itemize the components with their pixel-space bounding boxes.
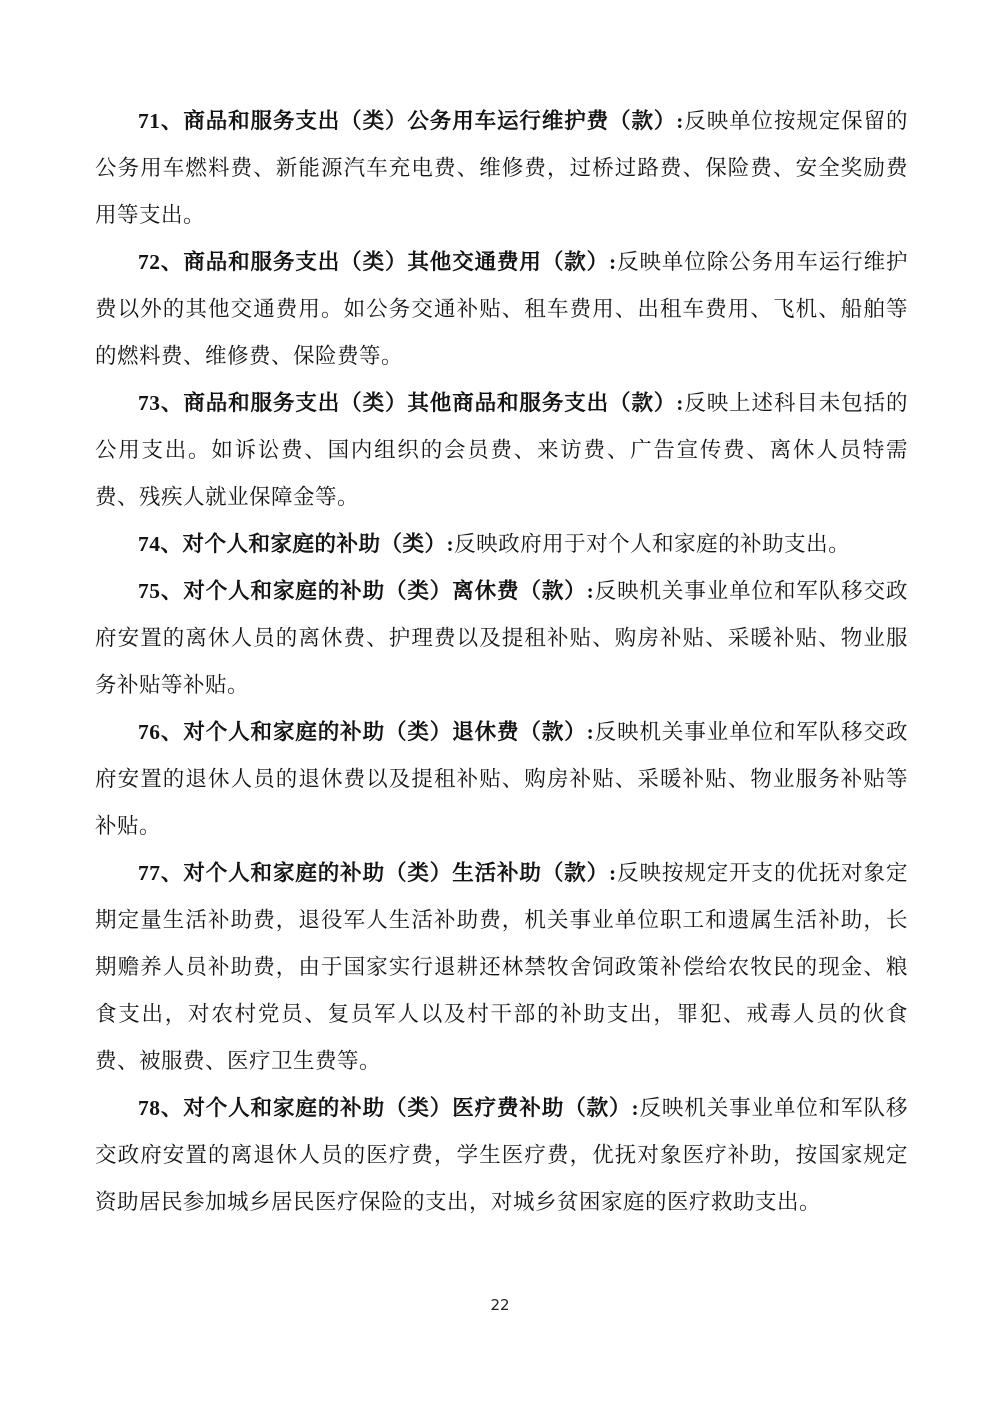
paragraph-heading: 77、对个人和家庭的补助（类）生活补助（款）: [138, 861, 617, 885]
paragraph-item-75: 75、对个人和家庭的补助（类）离休费（款）:反映机关事业单位和军队移交政府安置的… [95, 568, 908, 709]
page-number: 22 [0, 1296, 1000, 1314]
paragraph-item-76: 76、对个人和家庭的补助（类）退休费（款）:反映机关事业单位和军队移交政府安置的… [95, 709, 908, 850]
paragraph-heading: 74、对个人和家庭的补助（类）: [138, 532, 454, 556]
paragraph-text: 反映政府用于对个人和家庭的补助支出。 [454, 532, 850, 556]
paragraph-heading: 78、对个人和家庭的补助（类）医疗费补助（款）: [138, 1096, 639, 1120]
paragraph-heading: 71、商品和服务支出（类）公务用车运行维护费（款）: [138, 109, 684, 133]
paragraph-item-77: 77、对个人和家庭的补助（类）生活补助（款）:反映按规定开支的优抚对象定期定量生… [95, 850, 908, 1085]
paragraph-item-78: 78、对个人和家庭的补助（类）医疗费补助（款）:反映机关事业单位和军队移交政府安… [95, 1085, 908, 1226]
document-body: 71、商品和服务支出（类）公务用车运行维护费（款）:反映单位按规定保留的公务用车… [95, 98, 908, 1226]
paragraph-heading: 73、商品和服务支出（类）其他商品和服务支出（款）: [138, 391, 684, 415]
paragraph-heading: 72、商品和服务支出（类）其他交通费用（款）: [138, 250, 617, 274]
paragraph-item-74: 74、对个人和家庭的补助（类）:反映政府用于对个人和家庭的补助支出。 [95, 521, 908, 568]
paragraph-heading: 75、对个人和家庭的补助（类）离休费（款）: [138, 579, 594, 603]
paragraph-item-73: 73、商品和服务支出（类）其他商品和服务支出（款）:反映上述科目未包括的公用支出… [95, 380, 908, 521]
document-page: 71、商品和服务支出（类）公务用车运行维护费（款）:反映单位按规定保留的公务用车… [0, 0, 1000, 1414]
paragraph-item-72: 72、商品和服务支出（类）其他交通费用（款）:反映单位除公务用车运行维护费以外的… [95, 239, 908, 380]
paragraph-heading: 76、对个人和家庭的补助（类）退休费（款）: [138, 720, 594, 744]
paragraph-item-71: 71、商品和服务支出（类）公务用车运行维护费（款）:反映单位按规定保留的公务用车… [95, 98, 908, 239]
paragraph-text: 反映按规定开支的优抚对象定期定量生活补助费，退役军人生活补助费，机关事业单位职工… [95, 861, 908, 1073]
